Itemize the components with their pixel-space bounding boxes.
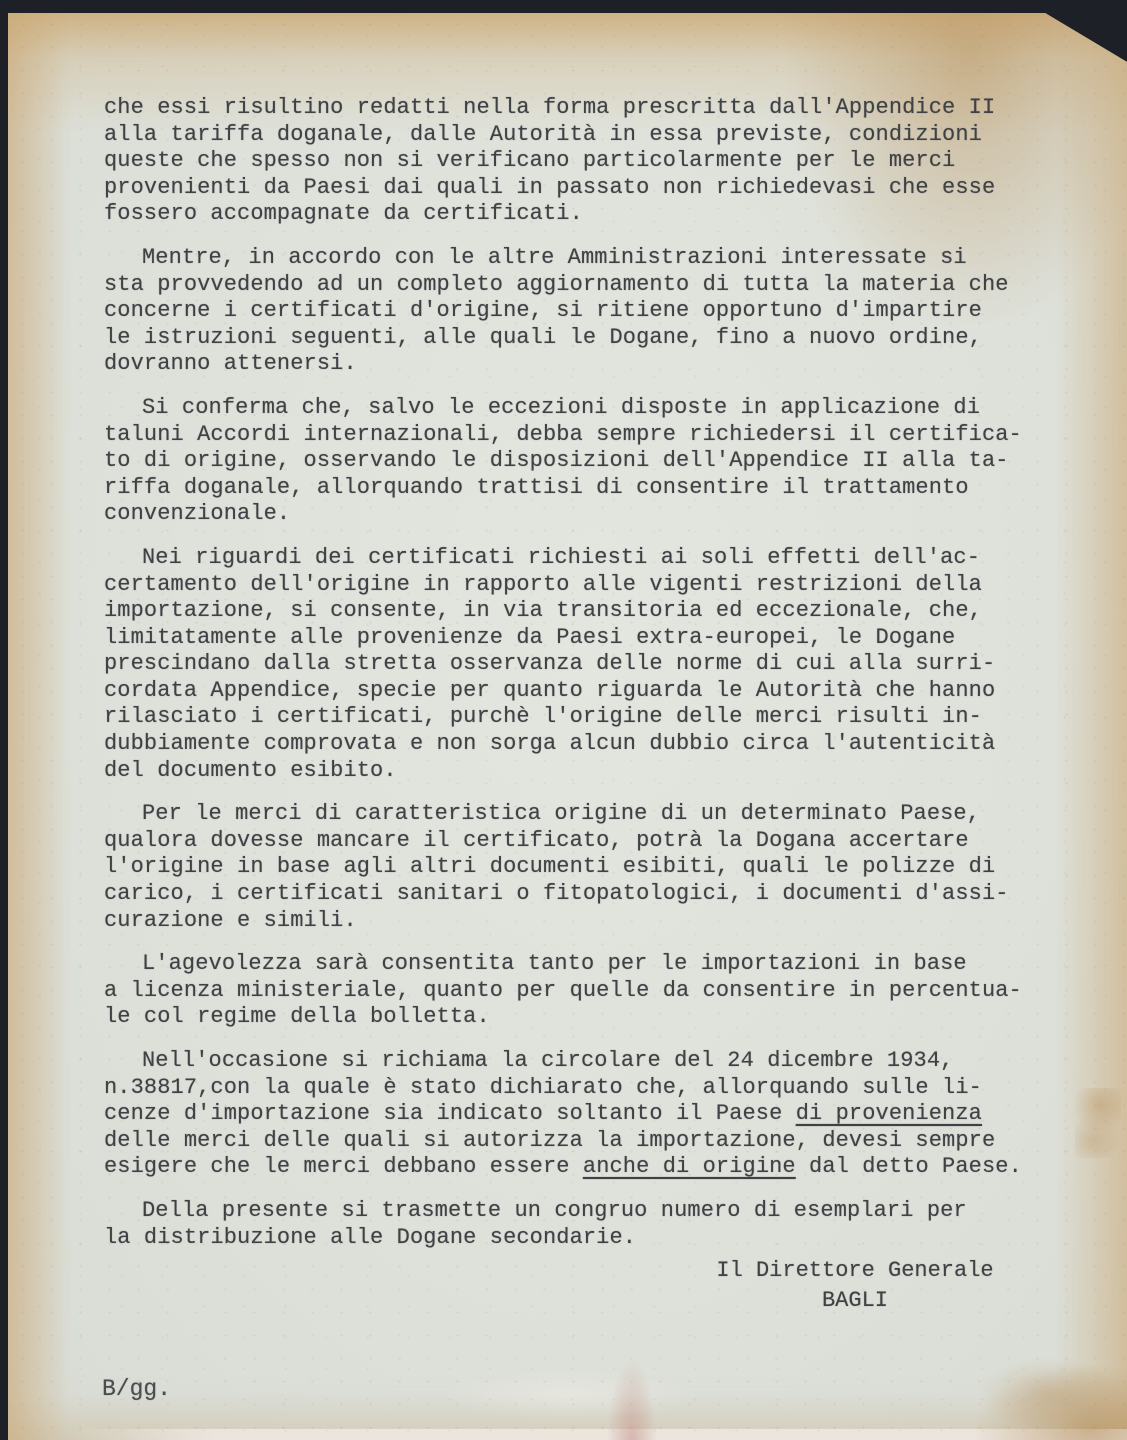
signature-title: Il Direttore Generale	[615, 1256, 1095, 1286]
stain-bottom-right	[957, 1355, 1127, 1440]
smudge-light	[438, 1370, 698, 1420]
paragraph: Nell'occasione si richiama la circolare …	[104, 1048, 1044, 1181]
signature-block: Il Direttore Generale BAGLI	[615, 1256, 1095, 1316]
typist-initials: B/gg.	[102, 1376, 171, 1402]
underlined-phrase: anche di origine	[583, 1154, 796, 1179]
next-page-edge	[72, 1429, 1127, 1440]
paragraph: Per le merci di caratteristica origine d…	[104, 801, 1044, 934]
paragraph: Nei riguardi dei certificati richiesti a…	[104, 545, 1044, 784]
paragraph: Si conferma che, salvo le eccezioni disp…	[104, 395, 1044, 528]
stain-right-edge	[1075, 1088, 1121, 1158]
signature-name: BAGLI	[615, 1286, 1095, 1316]
smudge-pink	[606, 1355, 658, 1440]
paragraph: che essi risultino redatti nella forma p…	[104, 95, 1044, 228]
paragraph: Mentre, in accordo con le altre Amminist…	[104, 245, 1044, 378]
paragraph: Della presente si trasmette un congruo n…	[104, 1198, 1044, 1251]
paragraph: L'agevolezza sarà consentita tanto per l…	[104, 951, 1044, 1031]
text-block: che essi risultino redatti nella forma p…	[104, 95, 1044, 1268]
underlined-phrase: di provenienza	[796, 1101, 982, 1126]
